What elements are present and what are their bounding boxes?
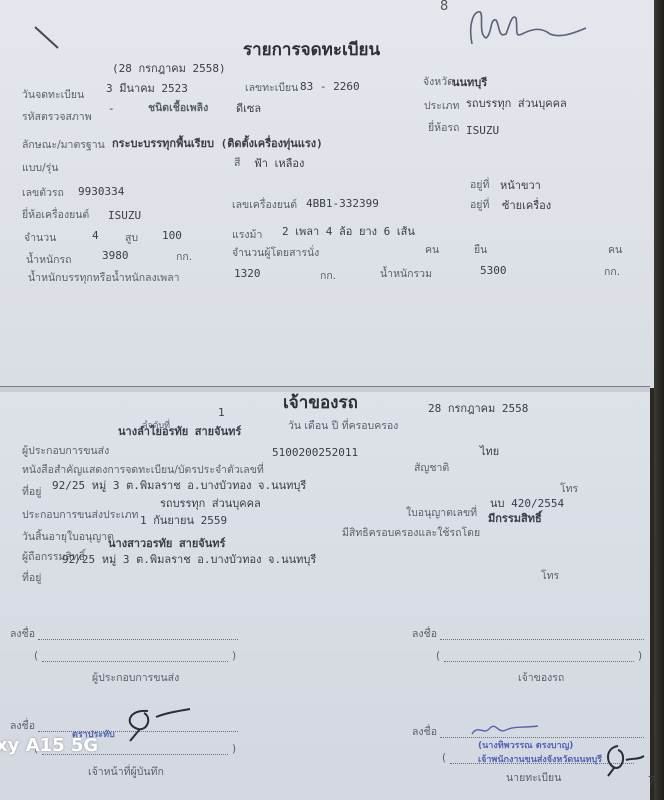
fuel-label: ชนิดเชื้อเพลิง <box>148 102 208 115</box>
reg-no-label: เลขทะเบียน <box>245 82 298 95</box>
owner-name-line <box>444 661 634 662</box>
reg-no: 83 - 2260 <box>300 80 360 93</box>
handwritten-number: 8 <box>440 0 448 13</box>
reg-date: 3 มีนาคม 2523 <box>106 82 188 95</box>
registrar-signature-icon <box>468 720 548 740</box>
id-label: หนังสือสำคัญแสดงการจดทะเบียน/บัตรประจำตั… <box>22 464 264 477</box>
nationality: ไทย <box>480 445 499 458</box>
color: ฟ้า เหลือง <box>254 157 304 170</box>
inspect-code-label: รหัสตรวจสภาพ <box>22 111 92 124</box>
sign-label-operator: ลงชื่อ <box>10 628 35 641</box>
holder-phone-label: โทร <box>541 570 559 583</box>
top-signature-icon <box>460 4 600 54</box>
close-paren: ) <box>232 650 236 663</box>
registrar-name-stamp: (นางทิพวรรณ ตรงบาญ) <box>478 738 573 752</box>
open-paren: ( <box>34 650 38 663</box>
transport-type: รถบรรทุก ส่วนบุคคล <box>160 497 261 510</box>
style: กระบะบรรทุกพื้นเรียบ (ติดตั้งเครื่องทุ่น… <box>112 137 323 150</box>
load-label: น้ำหนักบรรทุกหรือน้ำหนักลงเพลา <box>28 272 180 285</box>
registration-title: รายการจดทะเบียน <box>243 44 380 57</box>
brand: ISUZU <box>466 124 499 137</box>
sign-label-owner: ลงชื่อ <box>412 628 437 641</box>
phone-label: โทร <box>560 483 578 496</box>
stand-unit: คน <box>608 244 622 257</box>
print-date: (28 กรกฎาคม 2558) <box>112 62 226 75</box>
engine-brand-label: ยี่ห้อเครื่องยนต์ <box>22 209 89 222</box>
operator-name: นางลำไยอรทัย สายจันทร์ <box>118 425 241 438</box>
engine-no-label: เลขเครื่องยนต์ <box>232 199 297 212</box>
sign-label-officer: ลงชื่อ <box>10 720 35 733</box>
owner-role: เจ้าของรถ <box>518 672 564 685</box>
engine-loc: ซ้ายเครื่อง <box>502 199 551 212</box>
holder-address-label: ที่อยู่ <box>22 572 41 585</box>
total-label: น้ำหนักรวม <box>380 268 432 281</box>
model-label: แบบ/รุ่น <box>22 162 58 175</box>
address: 92/25 หมู่ 3 ต.พิมลราช อ.บางบัวทอง จ.นนท… <box>52 479 306 492</box>
holder-address: 92/25 หมู่ 3 ต.พิมลราช อ.บางบัวทอง จ.นนท… <box>62 553 316 566</box>
reg-date-label: วันจดทะเบียน <box>22 89 84 102</box>
total-unit: กก. <box>604 266 620 279</box>
operator-role: ผู้ประกอบการขนส่ง <box>92 672 179 685</box>
seats-unit: คน <box>425 244 439 257</box>
close-paren: ) <box>638 650 642 663</box>
weight: 3980 <box>102 249 129 262</box>
registrar-countersign-icon <box>598 742 648 778</box>
right-label: มีสิทธิครอบครองและใช้รถโดย <box>342 527 480 540</box>
chassis-label: เลขตัวรถ <box>22 187 64 200</box>
background-edge <box>654 0 664 800</box>
registrar-office-stamp: เจ้าพนักงานขนส่งจังหวัดนนทบุรี <box>478 752 602 766</box>
camera-watermark: xy A15 5G <box>0 735 98 756</box>
fuel: ดีเซล <box>236 102 261 115</box>
operator-name-line <box>42 661 228 662</box>
license-label: ใบอนุญาตเลขที่ <box>406 507 477 520</box>
order-no: 1 <box>218 406 225 419</box>
cyl-label: สูบ <box>125 232 138 245</box>
registrar-role: นายทะเบียน <box>506 772 561 785</box>
stand-label: ยืน <box>474 244 487 257</box>
operator-sign-line <box>38 639 238 640</box>
engine-loc-label: อยู่ที่ <box>470 199 489 212</box>
possess-date-label: วัน เดือน ปี ที่ครอบครอง <box>288 420 398 433</box>
transport-type-label: ประกอบการขนส่งประเภท <box>22 509 138 522</box>
hp-label: แรงม้า <box>232 229 262 242</box>
expiry-label: วันสิ้นอายุใบอนุญาต <box>22 531 114 544</box>
open-paren: ( <box>436 650 440 663</box>
pen-mark-icon <box>30 22 70 52</box>
axles: 2 เพลา 4 ล้อ ยาง 6 เส้น <box>282 225 415 238</box>
open-paren: ( <box>442 752 446 765</box>
inspect-code: - <box>108 102 115 115</box>
engine-no: 4BB1-332399 <box>306 197 379 210</box>
count-label: จำนวน <box>24 232 56 245</box>
style-label: ลักษณะ/มาตรฐาน <box>22 139 105 152</box>
color-label: สี <box>234 157 240 170</box>
chassis-loc: หน้าขวา <box>500 179 541 192</box>
id-no: 5100200252011 <box>272 446 358 459</box>
province-label: จังหวัด <box>423 76 454 89</box>
nationality-label: สัญชาติ <box>414 462 449 475</box>
chassis-loc-label: อยู่ที่ <box>470 179 489 192</box>
weight-label: น้ำหนักรถ <box>26 254 72 267</box>
brand-label: ยี่ห้อรถ <box>428 122 459 135</box>
page-number: 7 <box>648 775 655 788</box>
sign-label-registrar: ลงชื่อ <box>412 726 437 739</box>
close-paren: ) <box>232 743 236 756</box>
engine-brand: ISUZU <box>108 209 141 222</box>
load: 1320 <box>234 267 261 280</box>
cyl: 100 <box>162 229 182 242</box>
chassis-no: 9930334 <box>78 185 124 198</box>
right-value: มีกรรมสิทธิ์ <box>488 512 542 525</box>
owner-title: เจ้าของรถ <box>283 397 358 410</box>
license-no: นบ 420/2554 <box>490 497 564 510</box>
count: 4 <box>92 229 99 242</box>
type: รถบรรทุก ส่วนบุคคล <box>466 97 567 110</box>
possess-date: 28 กรกฎาคม 2558 <box>428 402 528 415</box>
load-unit: กก. <box>320 270 336 283</box>
officer-signature-icon <box>118 705 198 745</box>
total: 5300 <box>480 264 507 277</box>
expiry: 1 กันยายน 2559 <box>140 514 227 527</box>
type-label: ประเภท <box>424 100 459 113</box>
officer-role: เจ้าหน้าที่ผู้บันทึก <box>88 766 164 779</box>
address-label: ที่อยู่ <box>22 486 41 499</box>
operator-label: ผู้ประกอบการขนส่ง <box>22 445 109 458</box>
province: นนทบุรี <box>452 76 487 89</box>
owner-sign-line <box>440 639 644 640</box>
weight-unit: กก. <box>176 251 192 264</box>
holder-name: นางสาวอรทัย สายจันทร์ <box>108 537 225 550</box>
seats-label: จำนวนผู้โดยสารนั่ง <box>232 247 319 260</box>
